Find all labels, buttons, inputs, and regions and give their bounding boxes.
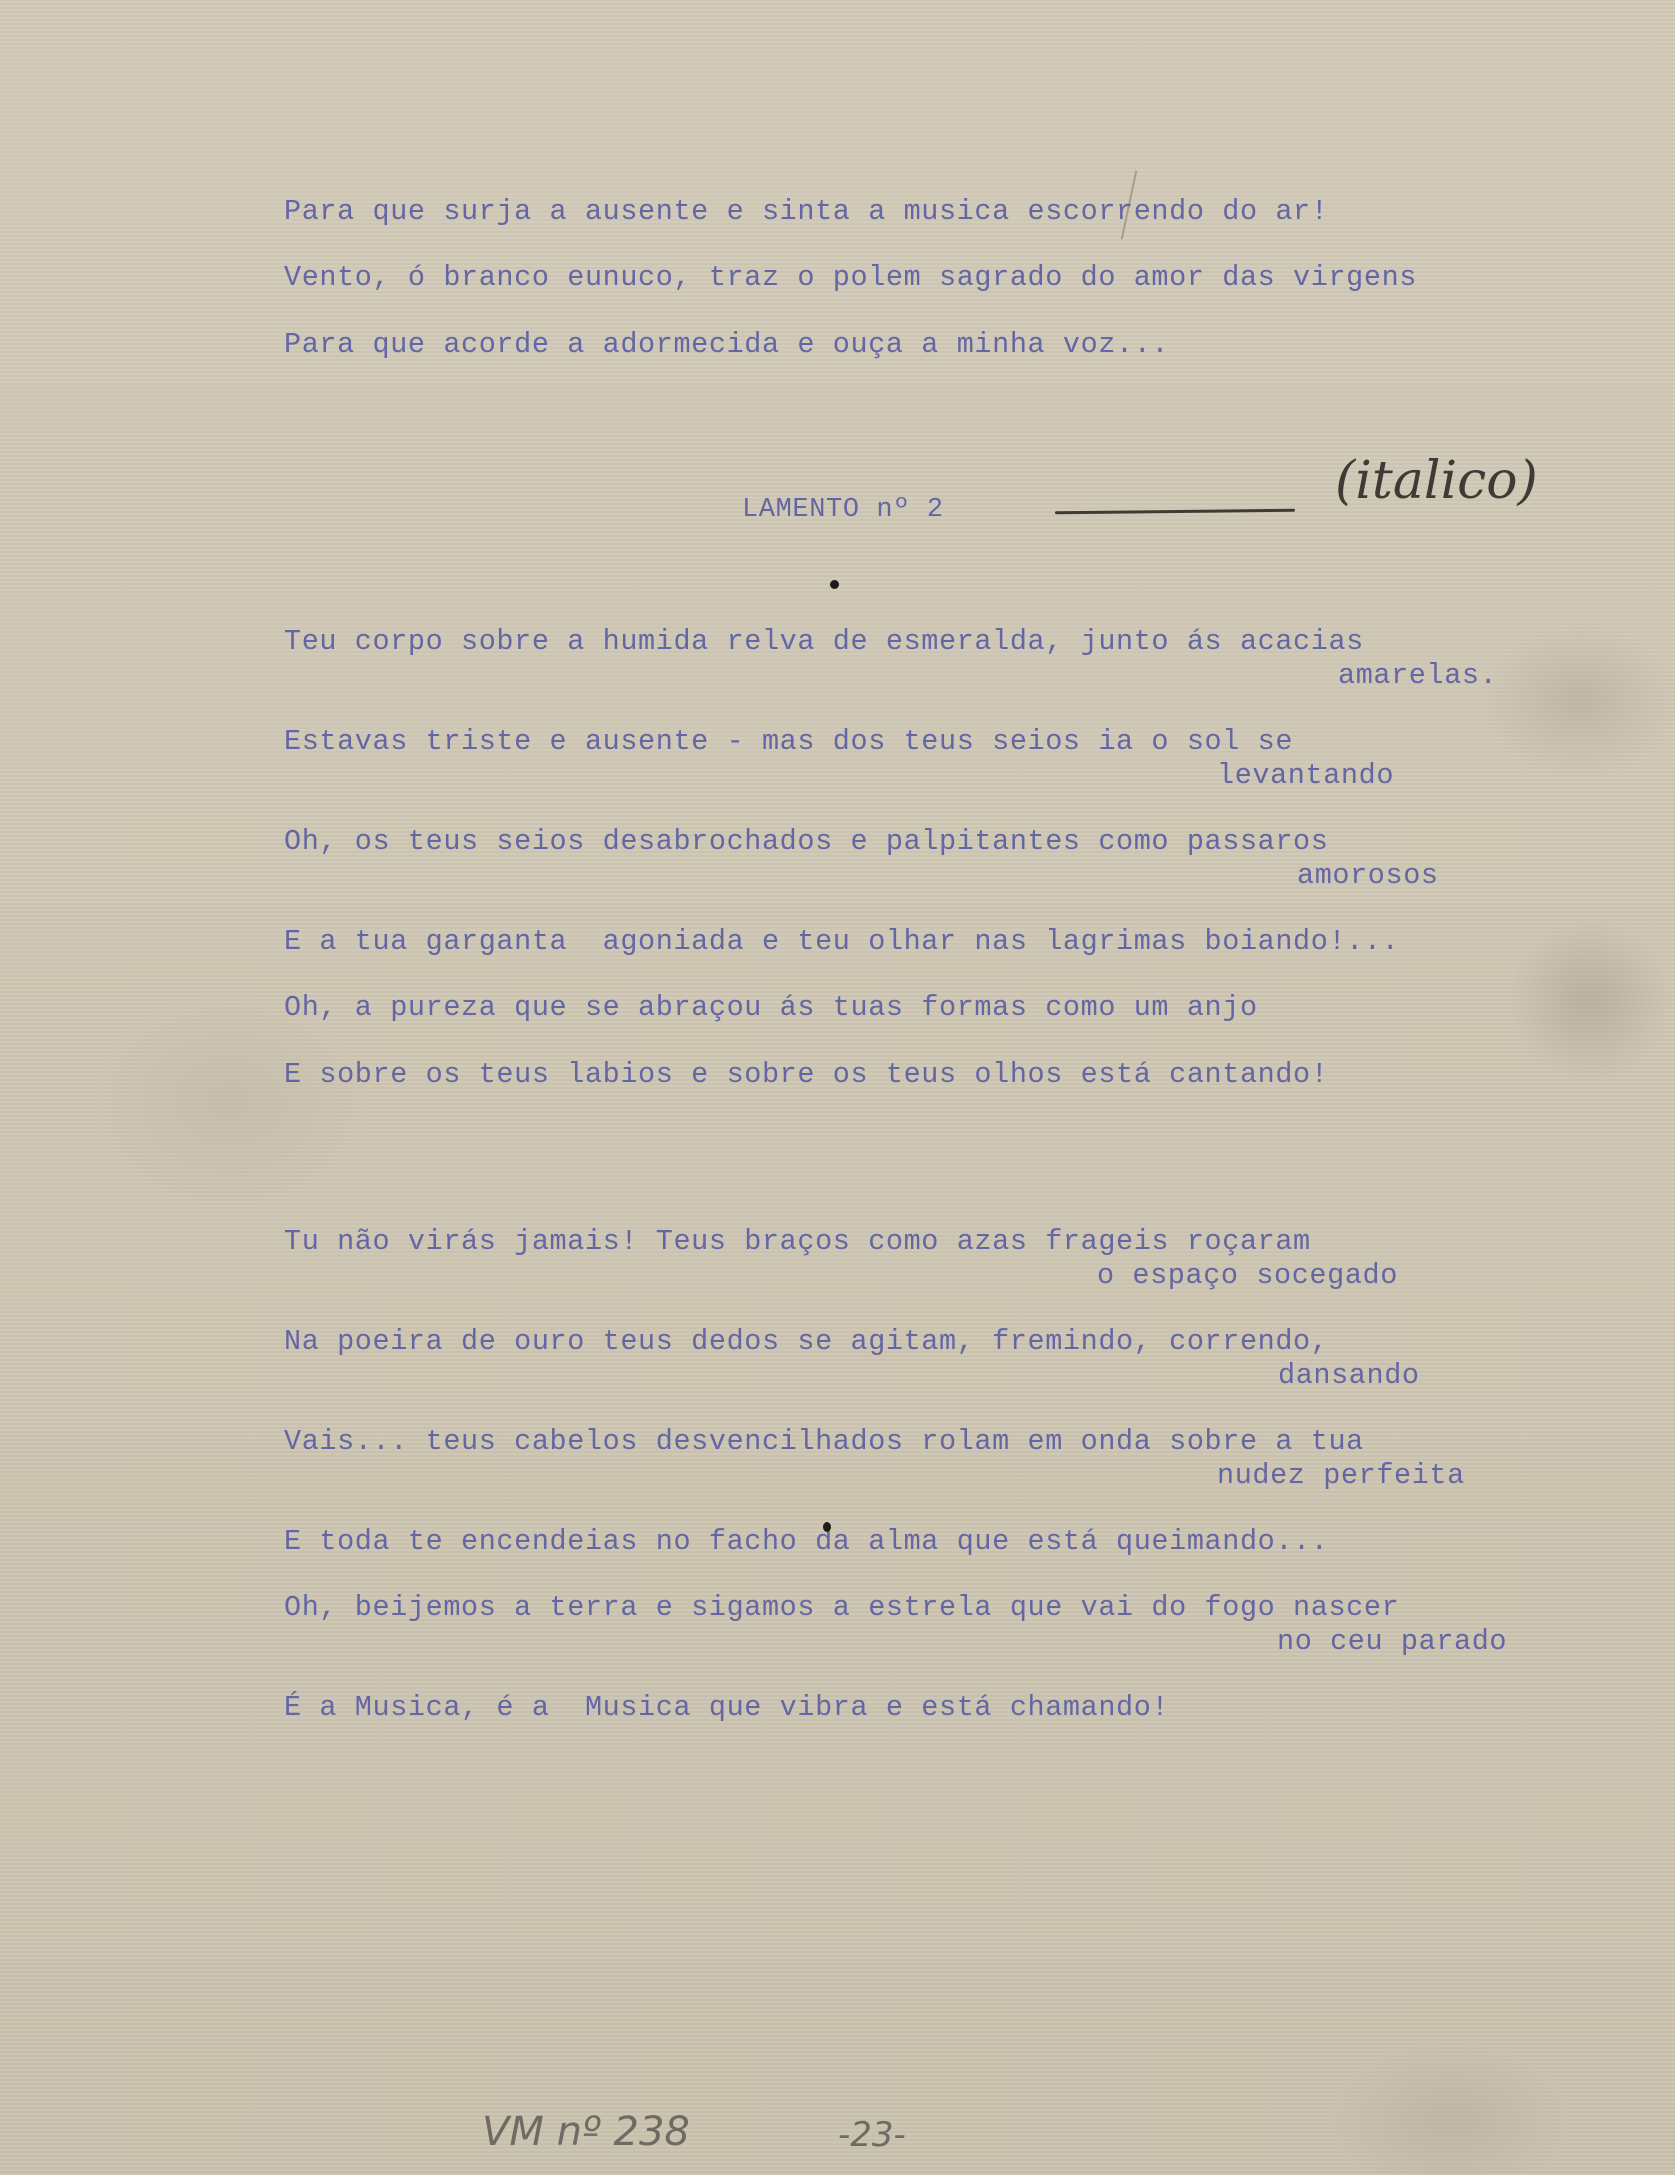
- ink-dot: [830, 580, 839, 589]
- stanza2-line-6: É a Musica, é a Musica que vibra e está …: [284, 1694, 1169, 1723]
- section-title: LAMENTO nº 2: [742, 497, 944, 524]
- stanza2-line-5-cont: no ceu parado: [1277, 1628, 1507, 1657]
- stanza1-line-1-cont: amarelas.: [1338, 662, 1497, 691]
- handwritten-dash: [1055, 509, 1295, 515]
- stanza1-line-2-cont: levantando: [1217, 762, 1394, 791]
- stanza2-line-3-cont: nudez perfeita: [1217, 1462, 1465, 1491]
- typescript-page: Para que surja a ausente e sinta a music…: [0, 0, 1675, 2175]
- ink-dot: [823, 1522, 831, 1532]
- stanza2-line-5: Oh, beijemos a terra e sigamos a estrela…: [284, 1594, 1399, 1623]
- continuation-line-1: Para que surja a ausente e sinta a music…: [284, 198, 1328, 227]
- continuation-line-3: Para que acorde a adormecida e ouça a mi…: [284, 331, 1169, 360]
- stanza1-line-3-cont: amorosos: [1297, 862, 1439, 891]
- stanza1-line-1: Teu corpo sobre a humida relva de esmera…: [284, 628, 1364, 657]
- stanza2-line-1-cont: o espaço socegado: [1097, 1262, 1398, 1291]
- stanza1-line-6: E sobre os teus labios e sobre os teus o…: [284, 1061, 1328, 1090]
- stanza2-line-2-cont: dansando: [1278, 1362, 1420, 1391]
- stanza1-line-4: E a tua garganta agoniada e teu olhar na…: [284, 928, 1399, 957]
- stanza1-line-5: Oh, a pureza que se abraçou ás tuas form…: [284, 994, 1258, 1023]
- catalog-note: VM nº 238: [482, 2112, 690, 2152]
- page-number: -23-: [838, 2118, 906, 2152]
- handwritten-annotation: (italico): [1335, 455, 1538, 507]
- stanza1-line-2: Estavas triste e ausente - mas dos teus …: [284, 728, 1293, 757]
- stanza2-line-2: Na poeira de ouro teus dedos se agitam, …: [284, 1328, 1328, 1357]
- stanza1-line-3: Oh, os teus seios desabrochados e palpit…: [284, 828, 1328, 857]
- stanza2-line-4: E toda te encendeias no facho da alma qu…: [284, 1528, 1328, 1557]
- stanza2-line-1: Tu não virás jamais! Teus braços como az…: [284, 1228, 1311, 1257]
- stanza2-line-3: Vais... teus cabelos desvencilhados rola…: [284, 1428, 1364, 1457]
- continuation-line-2: Vento, ó branco eunuco, traz o polem sag…: [284, 264, 1417, 293]
